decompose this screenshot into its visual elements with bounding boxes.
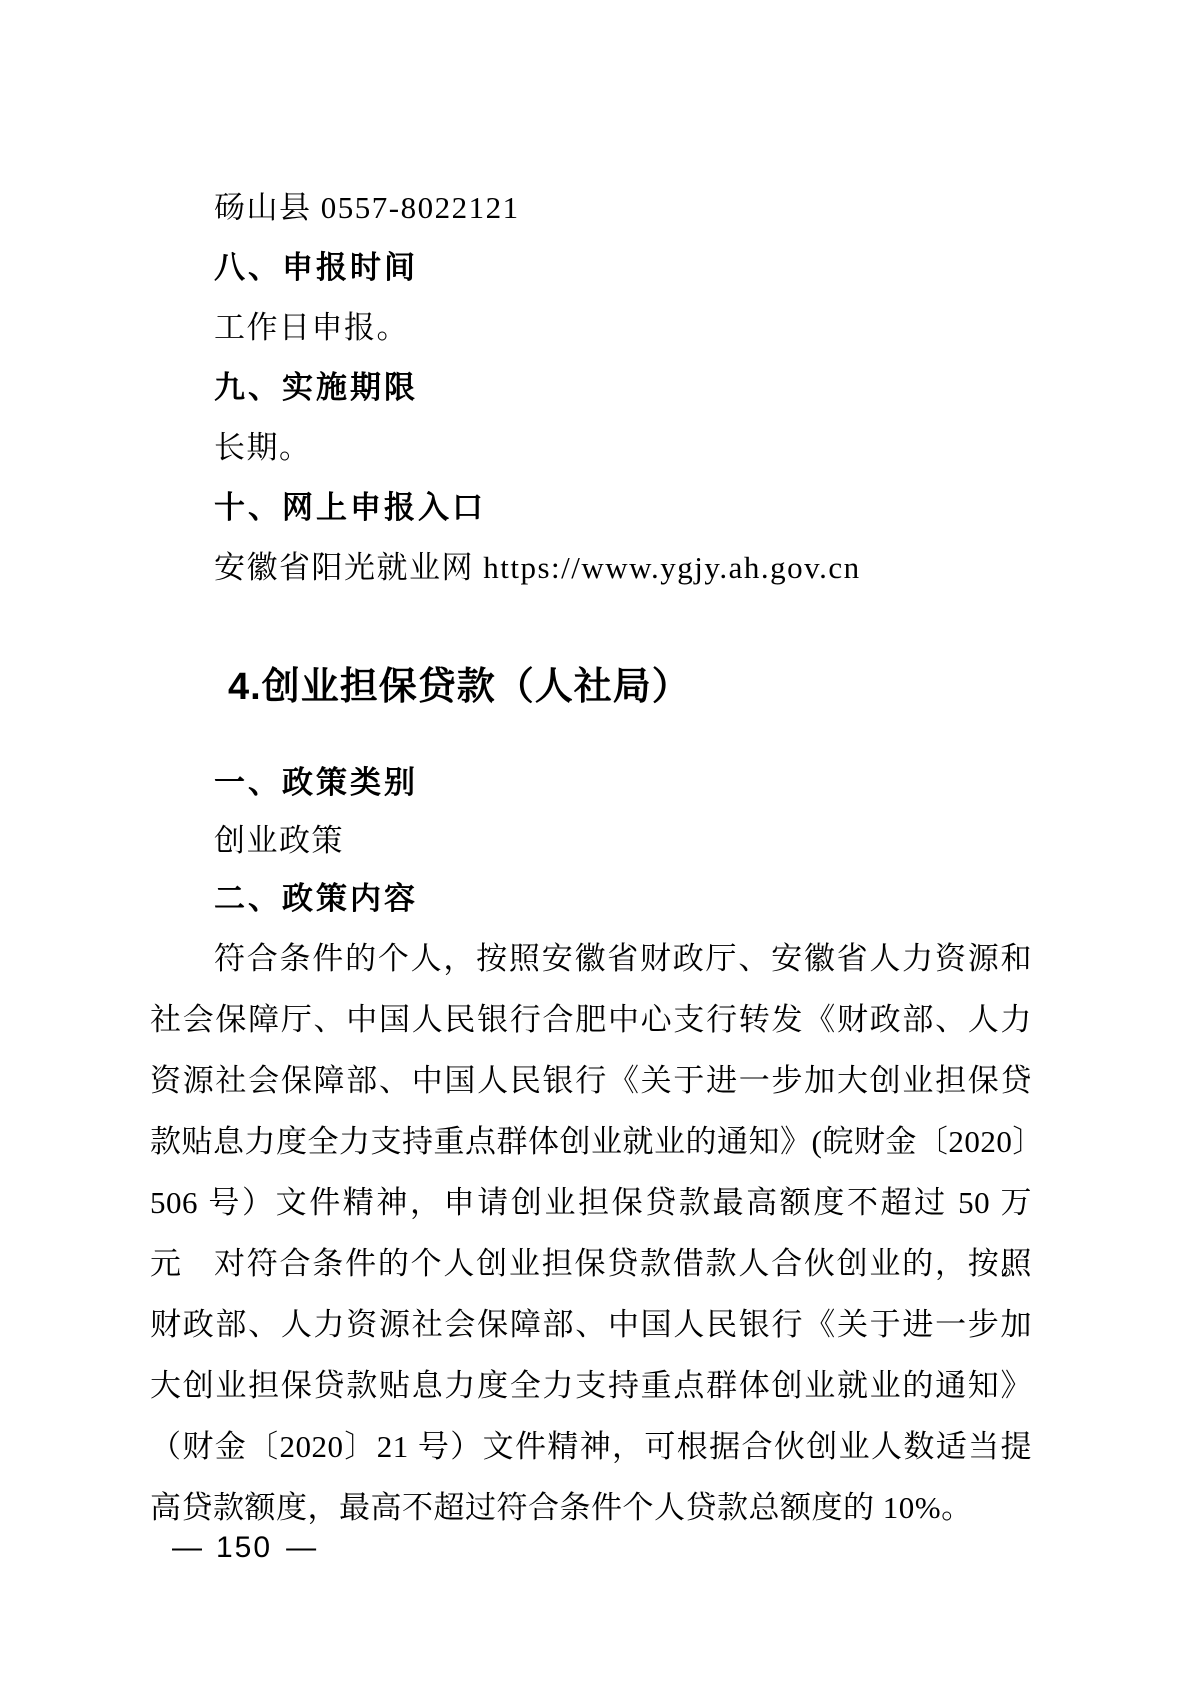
paragraph1-line2: 社会保障厅、中国人民银行合肥中心支行转发《财政部、人力 — [150, 989, 1032, 1050]
footer-left-dash: — — [158, 1531, 216, 1564]
footer-right-dash: — — [272, 1531, 330, 1564]
page-number: 150 — [216, 1531, 272, 1564]
paragraph1-line3: 资源社会保障部、中国人民银行《关于进一步加大创业担保贷 — [150, 1050, 1032, 1111]
paragraph1-line4: 款贴息力度全力支持重点群体创业就业的通知》(皖财金〔2020〕 — [150, 1111, 1032, 1172]
heading-online-portal: 十、网上申报入口 — [150, 478, 1032, 538]
paragraph1-line5: 506 号）文件精神，申请创业担保贷款最高额度不超过 50 万元。 — [150, 1172, 1032, 1233]
policy-category-text: 创业政策 — [150, 812, 1032, 870]
contact-phone-line: 砀山县 0557-8022121 — [150, 178, 1032, 238]
paragraph2-line3: 大创业担保贷款贴息力度全力支持重点群体创业就业的通知》 — [150, 1355, 1032, 1416]
heading-implementation-period: 九、实施期限 — [150, 358, 1032, 418]
heading-application-time: 八、申报时间 — [150, 238, 1032, 298]
online-portal-url-text: 安徽省阳光就业网 https://www.ygjy.ah.gov.cn — [150, 538, 1032, 598]
application-time-text: 工作日申报。 — [150, 298, 1032, 358]
document-page: 砀山县 0557-8022121 八、申报时间 工作日申报。 九、实施期限 长期… — [0, 0, 1190, 1683]
document-body: 砀山县 0557-8022121 八、申报时间 工作日申报。 九、实施期限 长期… — [150, 178, 1032, 1538]
implementation-period-text: 长期。 — [150, 418, 1032, 478]
paragraph1-line1: 符合条件的个人，按照安徽省财政厅、安徽省人力资源和 — [150, 928, 1032, 989]
page-footer: —150— — [158, 1528, 330, 1568]
heading-policy-category: 一、政策类别 — [150, 754, 1032, 812]
paragraph2-line2: 财政部、人力资源社会保障部、中国人民银行《关于进一步加 — [150, 1294, 1032, 1355]
paragraph2-line1: 对符合条件的个人创业担保贷款借款人合伙创业的，按照 — [150, 1233, 1032, 1294]
heading-policy-content: 二、政策内容 — [150, 870, 1032, 928]
chapter-title: 4.创业担保贷款（人社局） — [150, 658, 1032, 716]
paragraph2-line4: （财金〔2020〕21 号）文件精神，可根据合伙创业人数适当提 — [150, 1416, 1032, 1477]
